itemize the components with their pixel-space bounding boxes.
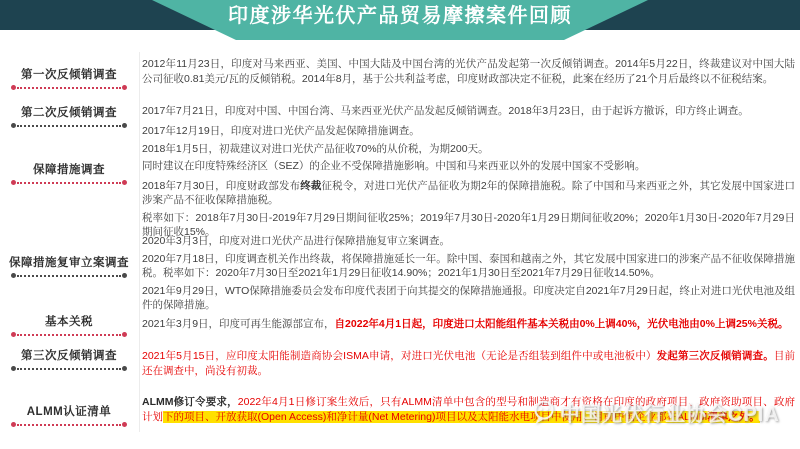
timeline-connector: [4, 180, 134, 185]
sidebar-item-second-antidumping: 第二次反倾销调查: [4, 104, 134, 128]
timeline-dot: [122, 180, 127, 185]
paragraph: 2021年9月29日，WTO保障措施委员会发布印度代表团于向其提交的保障措施通报…: [142, 284, 795, 313]
sidebar-item-safeguard: 保障措施调查: [4, 161, 134, 185]
timeline-connector: [4, 366, 134, 371]
timeline-dot: [11, 85, 16, 90]
sidebar-item-label: 第二次反倾销调查: [4, 104, 134, 120]
timeline-dash: [17, 424, 121, 426]
paragraph: 2021年3月9日，印度可再生能源部宣布，自2022年4月1日起，印度进口太阳能…: [142, 317, 795, 332]
sidebar-item-label: 基本关税: [4, 313, 134, 329]
paragraph: 2020年3月3日，印度对进口光伏产品进行保障措施复审立案调查。: [142, 234, 795, 249]
paragraph: 2018年7月30日，印度财政部发布终裁征税令，对进口光伏产品征收为期2年的保障…: [142, 179, 795, 208]
section-second-antidumping: 2017年7月21日，印度对中国、中国台湾、马来西亚光伏产品发起反倾销调查。20…: [142, 104, 795, 122]
timeline-connector: [4, 123, 134, 128]
sidebar-item-safeguard-review: 保障措施复审立案调查: [4, 254, 134, 278]
sidebar-item-label: 保障措施调查: [4, 161, 134, 177]
paragraph: 2018年1月5日，初裁建议对进口光伏产品征收70%的从价税，为期200天。: [142, 142, 795, 157]
timeline-dash: [17, 182, 121, 184]
sidebar-item-label: 保障措施复审立案调查: [4, 254, 134, 270]
timeline-dot: [11, 123, 16, 128]
paragraph: 2020年7月18日，印度调查机关作出终裁，将保障措施延长一年。除中国、泰国和越…: [142, 252, 795, 281]
page-title: 印度涉华光伏产品贸易摩擦案件回顾: [228, 0, 572, 33]
timeline-dot: [11, 180, 16, 185]
paragraph: 2021年5月15日，应印度太阳能制造商协会ISMA申请，对进口光伏电池（无论是…: [142, 349, 795, 378]
timeline-dot: [122, 422, 127, 427]
timeline-dot: [122, 366, 127, 371]
timeline-connector: [4, 332, 134, 337]
sidebar-item-first-antidumping: 第一次反倾销调查: [4, 66, 134, 90]
timeline-connector: [4, 85, 134, 90]
sidebar-item-almm-list: ALMM认证清单: [4, 403, 134, 427]
timeline-connector: [4, 422, 134, 427]
slide-canvas: 印度涉华光伏产品贸易摩擦案件回顾 第一次反倾销调查 第二次反倾销调查 保障措施调…: [0, 0, 800, 449]
column-divider: [139, 52, 140, 432]
paragraph: 2017年7月21日，印度对中国、中国台湾、马来西亚光伏产品发起反倾销调查。20…: [142, 104, 795, 119]
timeline-dash: [17, 125, 121, 127]
section-safeguard: 2017年12月19日，印度对进口光伏产品发起保障措施调查。2018年1月5日，…: [142, 124, 795, 243]
timeline-dot: [11, 273, 16, 278]
paragraph: 2012年11月23日，印度对马来西亚、美国、中国大陆及中国台湾的光伏产品发起第…: [142, 57, 795, 86]
timeline-dash: [17, 87, 121, 89]
timeline-dot: [122, 273, 127, 278]
timeline-dot: [11, 422, 16, 427]
section-almm: ALMM修订令要求，2022年4月1日修订案生效后，只有ALMM清单中包含的型号…: [142, 395, 795, 427]
timeline-dot: [122, 332, 127, 337]
paragraph: 同时建议在印度特殊经济区（SEZ）的企业不受保障措施影响。中国和马来西亚以外的发…: [142, 159, 795, 174]
paragraph: ALMM修订令要求，2022年4月1日修订案生效后，只有ALMM清单中包含的型号…: [142, 395, 795, 424]
sidebar-item-third-antidumping: 第三次反倾销调查: [4, 347, 134, 371]
paragraph: 2017年12月19日，印度对进口光伏产品发起保障措施调查。: [142, 124, 795, 139]
timeline-dash: [17, 368, 121, 370]
timeline-dot: [122, 123, 127, 128]
timeline-dot: [11, 332, 16, 337]
timeline-connector: [4, 273, 134, 278]
sidebar-item-label: ALMM认证清单: [4, 403, 134, 419]
section-first-antidumping: 2012年11月23日，印度对马来西亚、美国、中国大陆及中国台湾的光伏产品发起第…: [142, 57, 795, 89]
timeline-dash: [17, 275, 121, 277]
timeline-dot: [11, 366, 16, 371]
sidebar-item-label: 第一次反倾销调查: [4, 66, 134, 82]
sidebar-item-basic-customs-duty: 基本关税: [4, 313, 134, 337]
sidebar-item-label: 第三次反倾销调查: [4, 347, 134, 363]
section-safeguard-review: 2020年3月3日，印度对进口光伏产品进行保障措施复审立案调查。2020年7月1…: [142, 234, 795, 316]
section-basic-customs-duty: 2021年3月9日，印度可再生能源部宣布，自2022年4月1日起，印度进口太阳能…: [142, 317, 795, 335]
section-third-antidumping: 2021年5月15日，应印度太阳能制造商协会ISMA申请，对进口光伏电池（无论是…: [142, 349, 795, 381]
timeline-dot: [122, 85, 127, 90]
timeline-dash: [17, 334, 121, 336]
